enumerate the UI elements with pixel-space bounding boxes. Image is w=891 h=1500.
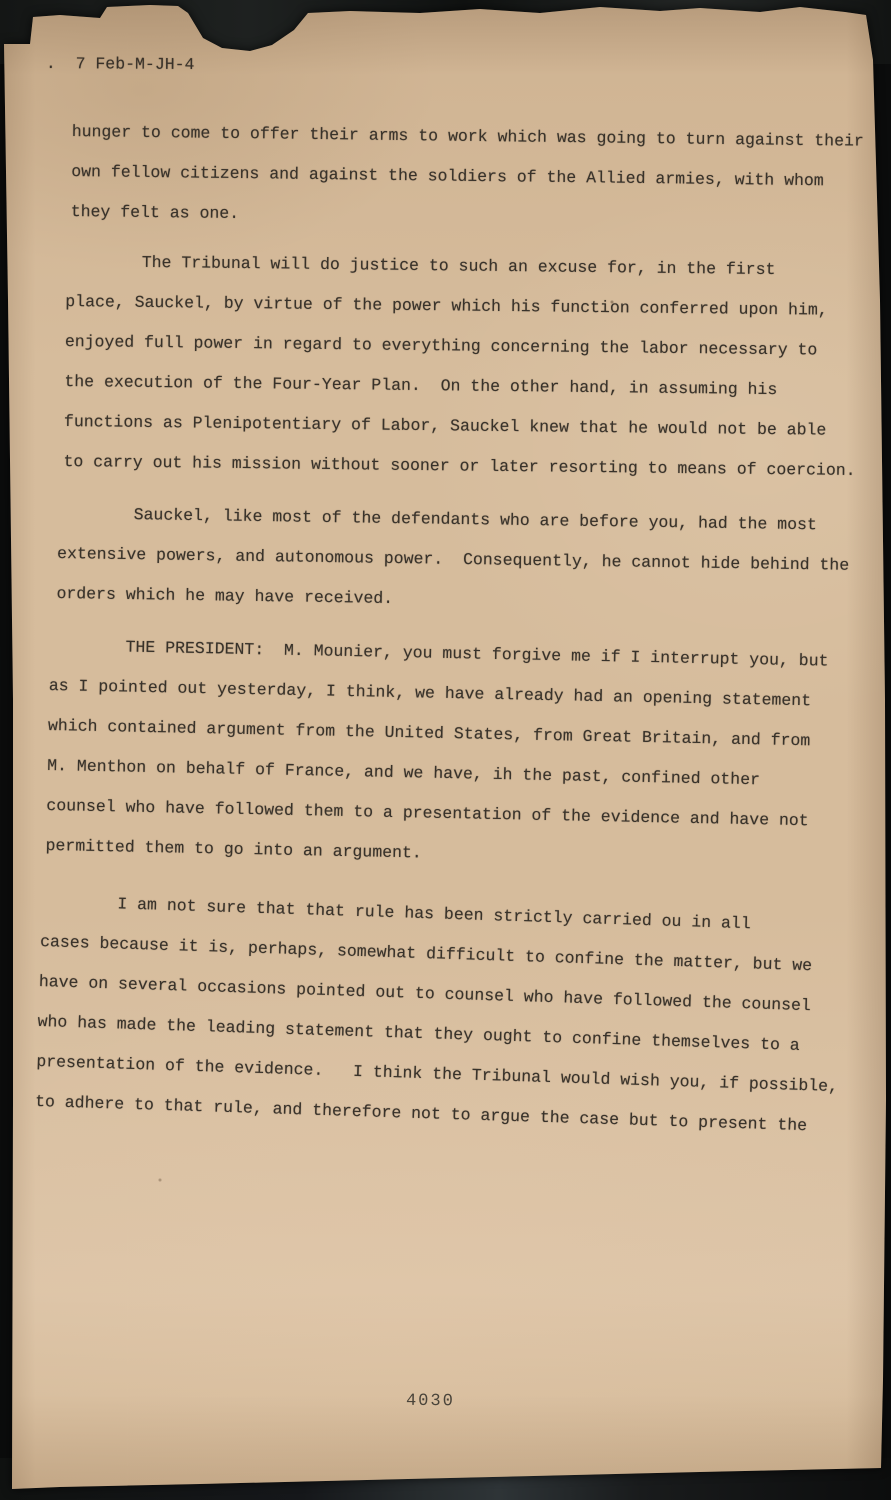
paragraph: Sauckel, like most of the defendants who… <box>56 494 891 626</box>
paragraph: THE PRESIDENT: M. Mounier, you must forg… <box>45 626 891 883</box>
scan-background: { "document": { "header": ". 7 Feb-M-JH-… <box>0 0 891 1500</box>
paragraph: hunger to come to offer their arms to wo… <box>71 112 891 242</box>
document-page: . 7 Feb-M-JH-4 hunger to come to offer t… <box>0 0 891 1500</box>
paragraph: The Tribunal will do justice to such an … <box>63 242 891 491</box>
paper-shadow-wrap: . 7 Feb-M-JH-4 hunger to come to offer t… <box>0 0 891 1500</box>
page-header: . 7 Feb-M-JH-4 <box>46 54 195 74</box>
page-number: 4030 <box>406 1392 455 1412</box>
text-line: to carry out his mission without sooner … <box>63 442 888 491</box>
text-body: hunger to come to offer their arms to wo… <box>0 112 891 1122</box>
paragraph: I am not sure that that rule has been st… <box>34 882 890 1149</box>
